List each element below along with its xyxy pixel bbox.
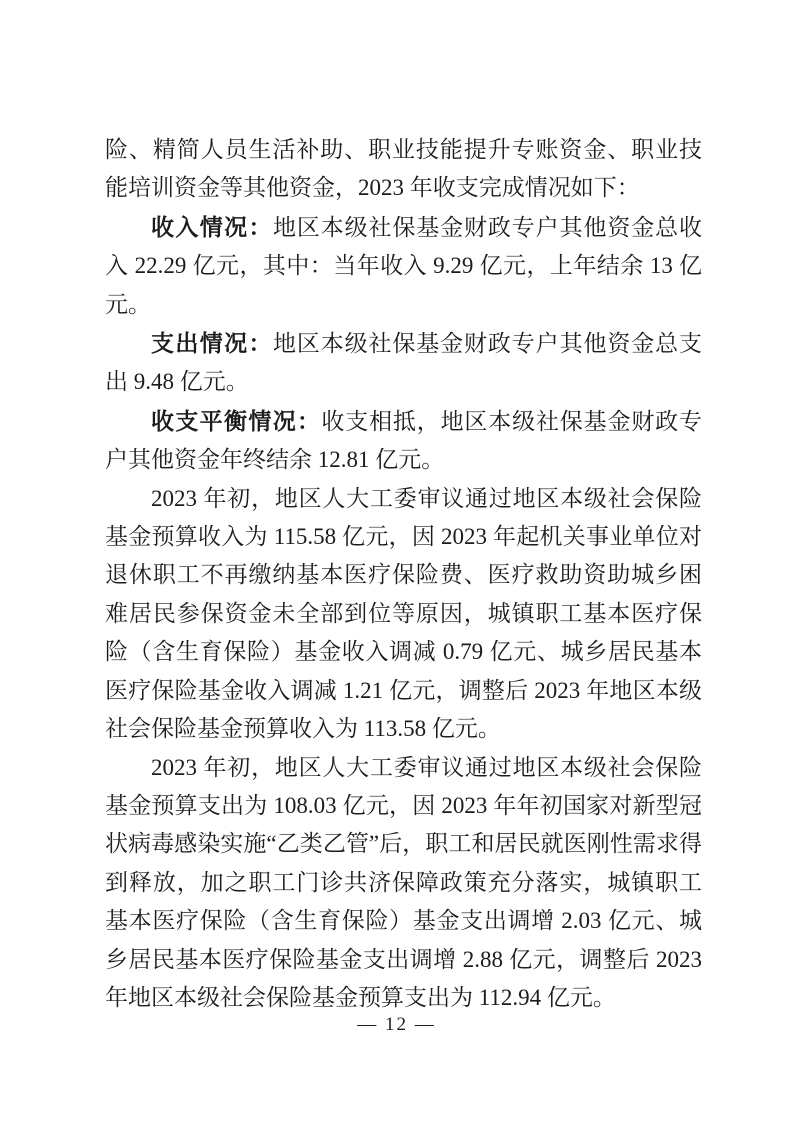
document-page: 险、精简人员生活补助、职业技能提升专账资金、职业技能培训资金等其他资金，2023… bbox=[0, 0, 793, 1122]
paragraph: 支出情况：地区本级社保基金财政专户其他资金总支出 9.48 亿元。 bbox=[105, 324, 702, 402]
paragraph: 收入情况：地区本级社保基金财政专户其他资金总收入 22.29 亿元，其中：当年收… bbox=[105, 208, 702, 324]
paragraph: 险、精简人员生活补助、职业技能提升专账资金、职业技能培训资金等其他资金，2023… bbox=[105, 131, 702, 208]
paragraph-text: 2023 年初，地区人大工委审议通过地区本级社会保险基金预算支出为 108.03… bbox=[105, 755, 702, 1010]
paragraph-lead: 支出情况： bbox=[151, 330, 273, 356]
paragraph-text: 2023 年初，地区人大工委审议通过地区本级社会保险基金预算收入为 115.58… bbox=[105, 486, 702, 741]
document-body: 险、精简人员生活补助、职业技能提升专账资金、职业技能培训资金等其他资金，2023… bbox=[105, 131, 702, 1017]
paragraph: 2023 年初，地区人大工委审议通过地区本级社会保险基金预算支出为 108.03… bbox=[105, 749, 702, 1018]
paragraph-lead: 收支平衡情况： bbox=[151, 408, 321, 434]
page-number: — 12 — bbox=[357, 1014, 436, 1035]
paragraph: 2023 年初，地区人大工委审议通过地区本级社会保险基金预算收入为 115.58… bbox=[105, 480, 702, 749]
paragraph-text: 险、精简人员生活补助、职业技能提升专账资金、职业技能培训资金等其他资金，2023… bbox=[105, 137, 702, 200]
page-footer: — 12 — bbox=[0, 1014, 793, 1036]
paragraph-lead: 收入情况： bbox=[151, 214, 273, 240]
paragraph: 收支平衡情况：收支相抵，地区本级社保基金财政专户其他资金年终结余 12.81 亿… bbox=[105, 402, 702, 480]
